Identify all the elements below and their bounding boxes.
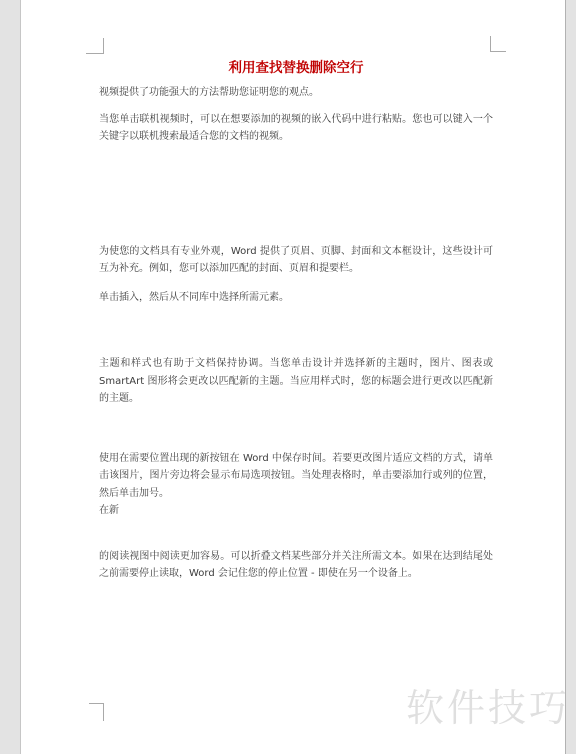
paragraph-6[interactable]: 使用在需要位置出现的新按钮在 Word 中保存时间。若要更改图片适应文档的方式，…	[99, 450, 493, 503]
paragraph-8[interactable]: 的阅读视图中阅读更加容易。可以折叠文档某些部分并关注所需文本。如果在达到结尾处之…	[99, 548, 493, 583]
margin-crop-mark-bottom-left-icon	[89, 703, 104, 721]
paragraph-7[interactable]: 在新	[99, 502, 493, 520]
watermark: 软件技巧	[406, 686, 566, 730]
app-canvas: { "document": { "title": "利用查找替换删除空行", "…	[0, 0, 576, 754]
paragraph-1[interactable]: 视频提供了功能强大的方法帮助您证明您的观点。	[99, 84, 493, 102]
paragraph-3[interactable]: 为使您的文档具有专业外观，Word 提供了页眉、页脚、封面和文本框设计，这些设计…	[99, 243, 493, 278]
document-body[interactable]: 利用查找替换删除空行 视频提供了功能强大的方法帮助您证明您的观点。 当您单击联机…	[99, 0, 493, 583]
paragraph-2[interactable]: 当您单击联机视频时，可以在想要添加的视频的嵌入代码中进行粘贴。您也可以键入一个关…	[99, 111, 493, 146]
document-page: 利用查找替换删除空行 视频提供了功能强大的方法帮助您证明您的观点。 当您单击联机…	[20, 0, 566, 754]
document-title[interactable]: 利用查找替换删除空行	[99, 57, 493, 79]
paragraph-4[interactable]: 单击插入，然后从不同库中选择所需元素。	[99, 289, 493, 307]
paragraph-5[interactable]: 主题和样式也有助于文档保持协调。当您单击设计并选择新的主题时，图片、图表或 Sm…	[99, 355, 493, 408]
